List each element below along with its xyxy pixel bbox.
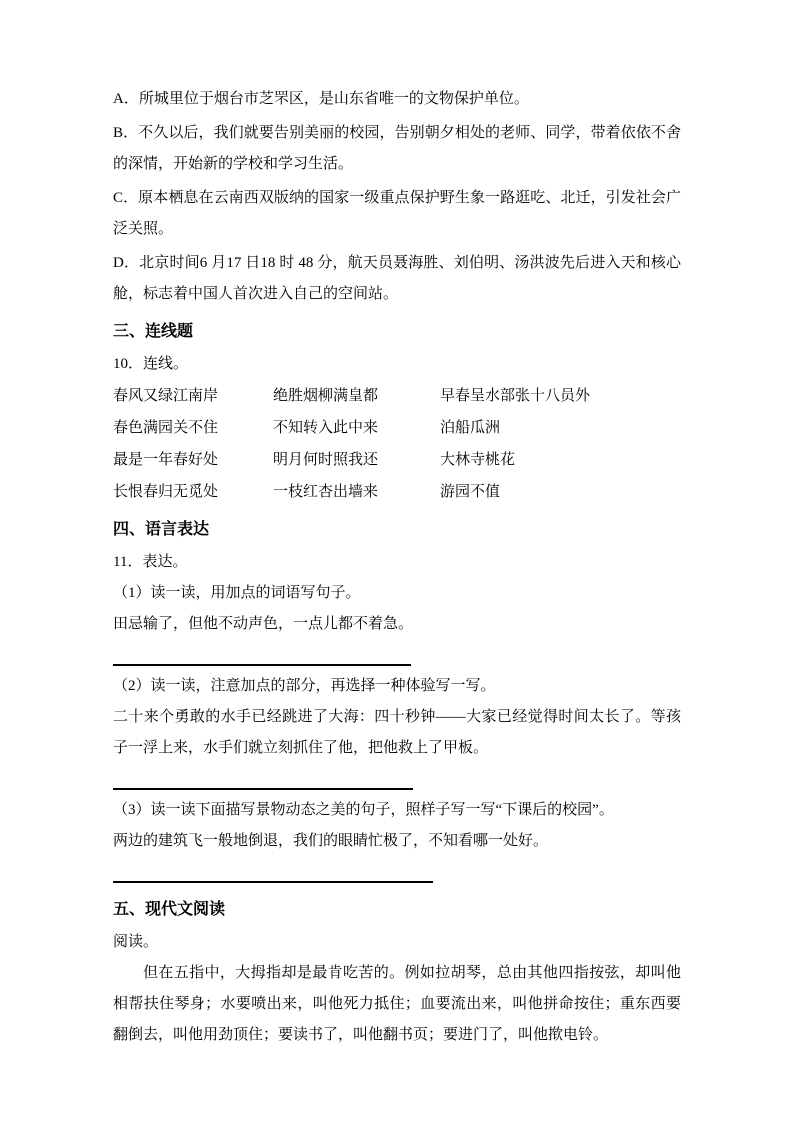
q11-part-2: （2）读一读，注意加点的部分，再选择一种体验写一写。 二十来个勇敢的水手已经跳进…	[113, 671, 681, 795]
q11-part-3-example: 两边的建筑飞一般地倒退，我们的眼睛忙极了，不知看哪一处好。	[113, 826, 681, 857]
section-heading-expression: 四、语言表达	[113, 514, 681, 545]
q11-part-1-example: 田忌输了，但他不动声色，一点儿都不着急。	[113, 609, 681, 640]
match-cell-middle: 绝胜烟柳满皇都	[273, 380, 440, 412]
option-d: D．北京时间6 月17 日18 时 48 分，航天员聂海胜、刘伯明、汤洪波先后进…	[113, 248, 681, 310]
match-cell-right: 泊船瓜洲	[440, 412, 681, 444]
match-cell-middle: 不知转入此中来	[273, 412, 440, 444]
option-a: A．所城里位于烟台市芝罘区，是山东省唯一的文物保护单位。	[113, 84, 681, 115]
match-cell-right: 大林寺桃花	[440, 444, 681, 476]
match-row-2: 春色满园关不住 不知转入此中来 泊船瓜洲	[113, 412, 681, 444]
match-cell-left: 最是一年春好处	[113, 444, 273, 476]
answer-blank-line-2	[113, 764, 681, 795]
answer-blank-line-3	[113, 857, 681, 888]
option-c: C．原本栖息在云南西双版纳的国家一级重点保护野生象一路逛吃、北迁，引发社会广泛关…	[113, 183, 681, 245]
answer-rule	[113, 788, 413, 790]
match-cell-right: 游园不值	[440, 476, 681, 508]
document-content: A．所城里位于烟台市芝罘区，是山东省唯一的文物保护单位。 B．不久以后，我们就要…	[113, 84, 681, 1051]
q11-part-1: （1）读一读，用加点的词语写句子。 田忌输了，但他不动声色，一点儿都不着急。	[113, 578, 681, 671]
match-cell-middle: 明月何时照我还	[273, 444, 440, 476]
q11-part-2-prompt: （2）读一读，注意加点的部分，再选择一种体验写一写。	[113, 671, 681, 702]
reading-passage: 但在五指中，大拇指却是最肯吃苦的。例如拉胡琴，总由其他四指按弦，却叫他相帮扶住琴…	[113, 958, 681, 1051]
option-b: B．不久以后，我们就要告别美丽的校园，告别朝夕相处的老师、同学，带着依依不舍的深…	[113, 118, 681, 180]
question-11-label: 11．表达。	[113, 547, 681, 578]
answer-rule	[113, 664, 411, 666]
q11-part-3-prompt: （3）读一读下面描写景物动态之美的句子，照样子写一写“下课后的校园”。	[113, 795, 681, 826]
match-cell-middle: 一枝红杏出墙来	[273, 476, 440, 508]
match-cell-left: 春风又绿江南岸	[113, 380, 273, 412]
match-row-1: 春风又绿江南岸 绝胜烟柳满皇都 早春呈水部张十八员外	[113, 380, 681, 412]
question-10-label: 10．连线。	[113, 349, 681, 380]
q11-part-1-prompt: （1）读一读，用加点的词语写句子。	[113, 578, 681, 609]
matching-table: 春风又绿江南岸 绝胜烟柳满皇都 早春呈水部张十八员外 春色满园关不住 不知转入此…	[113, 380, 681, 508]
match-cell-right: 早春呈水部张十八员外	[440, 380, 681, 412]
answer-blank-line-1	[113, 640, 681, 671]
match-cell-left: 春色满园关不住	[113, 412, 273, 444]
match-row-4: 长恨春归无觅处 一枝红杏出墙来 游园不值	[113, 476, 681, 508]
section-heading-reading: 五、现代文阅读	[113, 894, 681, 925]
match-cell-left: 长恨春归无觅处	[113, 476, 273, 508]
match-row-3: 最是一年春好处 明月何时照我还 大林寺桃花	[113, 444, 681, 476]
reading-intro: 阅读。	[113, 927, 681, 958]
answer-rule	[113, 881, 433, 883]
q11-part-3: （3）读一读下面描写景物动态之美的句子，照样子写一写“下课后的校园”。 两边的建…	[113, 795, 681, 888]
exam-document-page: A．所城里位于烟台市芝罘区，是山东省唯一的文物保护单位。 B．不久以后，我们就要…	[0, 0, 794, 1123]
section-heading-matching: 三、连线题	[113, 316, 681, 347]
q11-part-2-example: 二十来个勇敢的水手已经跳进了大海：四十秒钟——大家已经觉得时间太长了。等孩子一浮…	[113, 702, 681, 764]
